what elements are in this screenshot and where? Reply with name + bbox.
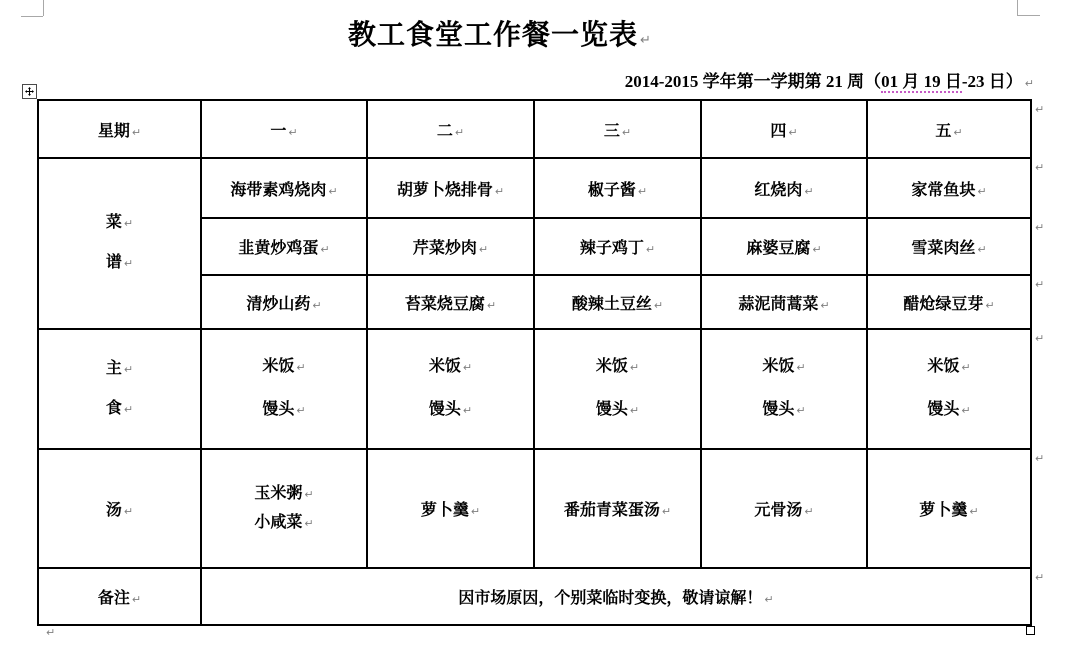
staple-cell[interactable]: 米饭↵ 馒头↵ [201, 329, 367, 449]
table-row: 汤↵ 玉米粥↵ 小咸菜↵ 萝卜羹↵ 番茄青菜蛋汤↵ 元骨汤↵ 萝卜羹↵ [38, 449, 1031, 568]
day-header-cell-thu[interactable]: 四↵ [701, 100, 867, 158]
soup-cell[interactable]: 萝卜羹↵ [867, 449, 1031, 568]
row-end-mark: ↵ [1035, 161, 1044, 174]
pilcrow-mark: ↵ [796, 404, 805, 417]
pilcrow-mark: ↵ [124, 257, 133, 270]
pilcrow-mark: ↵ [296, 361, 305, 374]
soup-cell[interactable]: 元骨汤↵ [701, 449, 867, 568]
staple-cell[interactable]: 米饭↵ 馒头↵ [867, 329, 1031, 449]
menu-cell[interactable]: 酸辣土豆丝↵ [534, 275, 701, 329]
menu-cell[interactable]: 芹菜炒肉↵ [367, 218, 534, 275]
pilcrow-mark: ↵ [638, 185, 647, 198]
pilcrow-mark: ↵ [654, 299, 663, 312]
pilcrow-mark: ↵ [288, 126, 297, 139]
pilcrow-mark: ↵ [487, 299, 496, 312]
menu-cell[interactable]: 醋炝绿豆芽↵ [867, 275, 1031, 329]
pilcrow-mark: ↵ [124, 363, 133, 376]
menu-cell[interactable]: 雪菜肉丝↵ [867, 218, 1031, 275]
table-row: 星期↵ 一↵ 二↵ 三↵ 四↵ 五↵ [38, 100, 1031, 158]
pilcrow-mark: ↵ [124, 403, 133, 416]
pilcrow-mark: ↵ [463, 404, 472, 417]
pilcrow-mark: ↵ [977, 185, 986, 198]
pilcrow-mark: ↵ [961, 404, 970, 417]
day-header-cell-mon[interactable]: 一↵ [201, 100, 367, 158]
pilcrow-mark: ↵ [640, 33, 652, 48]
menu-cell[interactable]: 红烧肉↵ [701, 158, 867, 218]
header-corner-cell[interactable]: 星期↵ [38, 100, 201, 158]
menu-cell[interactable]: 家常鱼块↵ [867, 158, 1031, 218]
table-row: 主↵ 食↵ 米饭↵ 馒头↵ 米饭↵ 馒头↵ 米饭↵ 馒头↵ 米饭↵ 馒头↵ [38, 329, 1031, 449]
pilcrow-mark: ↵ [764, 593, 773, 606]
pilcrow-mark: ↵ [463, 361, 472, 374]
day-header-cell-tue[interactable]: 二↵ [367, 100, 534, 158]
corner-label: 星期 [98, 123, 130, 140]
row-end-mark: ↵ [1035, 278, 1044, 291]
menu-cell[interactable]: 麻婆豆腐↵ [701, 218, 867, 275]
page-margin-mark-top-right [1017, 0, 1018, 16]
staple-cell[interactable]: 米饭↵ 馒头↵ [534, 329, 701, 449]
staple-row-label-cell[interactable]: 主↵ 食↵ [38, 329, 201, 449]
document-title[interactable]: 教工食堂工作餐一览表↵ [0, 13, 1000, 53]
pilcrow-mark: ↵ [495, 185, 504, 198]
pilcrow-mark: ↵ [630, 361, 639, 374]
pilcrow-mark: ↵ [812, 243, 821, 256]
menu-cell[interactable]: 蒜泥茼蒿菜↵ [701, 275, 867, 329]
row-end-mark: ↵ [1035, 103, 1044, 116]
meal-plan-table: 星期↵ 一↵ 二↵ 三↵ 四↵ 五↵ 菜↵ 谱↵ 海带素鸡烧肉↵ 胡萝卜烧排骨↵… [37, 99, 1032, 626]
notes-cell[interactable]: 因市场原因，个别菜临时变换，敬请谅解！↵ [201, 568, 1031, 625]
menu-cell[interactable]: 海带素鸡烧肉↵ [201, 158, 367, 218]
soup-row-label-cell[interactable]: 汤↵ [38, 449, 201, 568]
pilcrow-mark: ↵ [820, 299, 829, 312]
pilcrow-mark: ↵ [296, 404, 305, 417]
pilcrow-mark: ↵ [622, 126, 631, 139]
document-subtitle[interactable]: 2014-2015 学年第一学期第 21 周（01 月 19 日-23 日）↵ [625, 67, 1034, 92]
pilcrow-mark: ↵ [985, 299, 994, 312]
day-header-cell-fri[interactable]: 五↵ [867, 100, 1031, 158]
staple-cell[interactable]: 米饭↵ 馒头↵ [701, 329, 867, 449]
menu-cell[interactable]: 苔菜烧豆腐↵ [367, 275, 534, 329]
table-resize-handle[interactable] [1026, 626, 1035, 635]
pilcrow-mark: ↵ [662, 505, 671, 518]
table-row: 菜↵ 谱↵ 海带素鸡烧肉↵ 胡萝卜烧排骨↵ 椒子酱↵ 红烧肉↵ 家常鱼块↵ [38, 158, 1031, 218]
row-end-mark: ↵ [1035, 571, 1044, 584]
document-title-text: 教工食堂工作餐一览表 [348, 20, 638, 51]
pilcrow-mark: ↵ [304, 488, 313, 501]
row-end-mark: ↵ [1035, 452, 1044, 465]
menu-cell[interactable]: 胡萝卜烧排骨↵ [367, 158, 534, 218]
staple-cell[interactable]: 米饭↵ 馒头↵ [367, 329, 534, 449]
notes-row-label-cell[interactable]: 备注↵ [38, 568, 201, 625]
soup-cell[interactable]: 玉米粥↵ 小咸菜↵ [201, 449, 367, 568]
day-header-cell-wed[interactable]: 三↵ [534, 100, 701, 158]
paragraph-mark: ↵ [46, 626, 55, 639]
row-end-mark: ↵ [1035, 221, 1044, 234]
pilcrow-mark: ↵ [977, 243, 986, 256]
subtitle-suffix-text: -23 日） [962, 72, 1023, 91]
subtitle-spellcheck-text: 01 月 19 日 [881, 72, 962, 93]
pilcrow-mark: ↵ [804, 505, 813, 518]
pilcrow-mark: ↵ [132, 126, 141, 139]
pilcrow-mark: ↵ [630, 404, 639, 417]
menu-cell[interactable]: 清炒山药↵ [201, 275, 367, 329]
pilcrow-mark: ↵ [124, 217, 133, 230]
pilcrow-mark: ↵ [953, 126, 962, 139]
menu-cell[interactable]: 椒子酱↵ [534, 158, 701, 218]
pilcrow-mark: ↵ [961, 361, 970, 374]
pilcrow-mark: ↵ [788, 126, 797, 139]
pilcrow-mark: ↵ [124, 505, 133, 518]
pilcrow-mark: ↵ [796, 361, 805, 374]
pilcrow-mark: ↵ [471, 505, 480, 518]
soup-cell[interactable]: 萝卜羹↵ [367, 449, 534, 568]
subtitle-prefix-text: 2014-2015 学年第一学期第 21 周（ [625, 72, 881, 91]
table-move-handle[interactable] [22, 84, 37, 99]
pilcrow-mark: ↵ [479, 243, 488, 256]
word-document-page: 教工食堂工作餐一览表↵ 2014-2015 学年第一学期第 21 周（01 月 … [0, 0, 1070, 657]
pilcrow-mark: ↵ [304, 517, 313, 530]
menu-cell[interactable]: 辣子鸡丁↵ [534, 218, 701, 275]
pilcrow-mark: ↵ [132, 593, 141, 606]
table-row: 备注↵ 因市场原因，个别菜临时变换，敬请谅解！↵ [38, 568, 1031, 625]
pilcrow-mark: ↵ [969, 505, 978, 518]
page-margin-mark-top-right [1018, 15, 1040, 16]
pilcrow-mark: ↵ [455, 126, 464, 139]
pilcrow-mark: ↵ [320, 243, 329, 256]
pilcrow-mark: ↵ [646, 243, 655, 256]
pilcrow-mark: ↵ [1025, 77, 1034, 90]
row-end-mark: ↵ [1035, 332, 1044, 345]
pilcrow-mark: ↵ [312, 299, 321, 312]
menu-cell[interactable]: 韭黄炒鸡蛋↵ [201, 218, 367, 275]
pilcrow-mark: ↵ [328, 185, 337, 198]
move-arrows-icon [25, 87, 34, 96]
pilcrow-mark: ↵ [804, 185, 813, 198]
menu-row-label-cell[interactable]: 菜↵ 谱↵ [38, 158, 201, 329]
soup-cell[interactable]: 番茄青菜蛋汤↵ [534, 449, 701, 568]
